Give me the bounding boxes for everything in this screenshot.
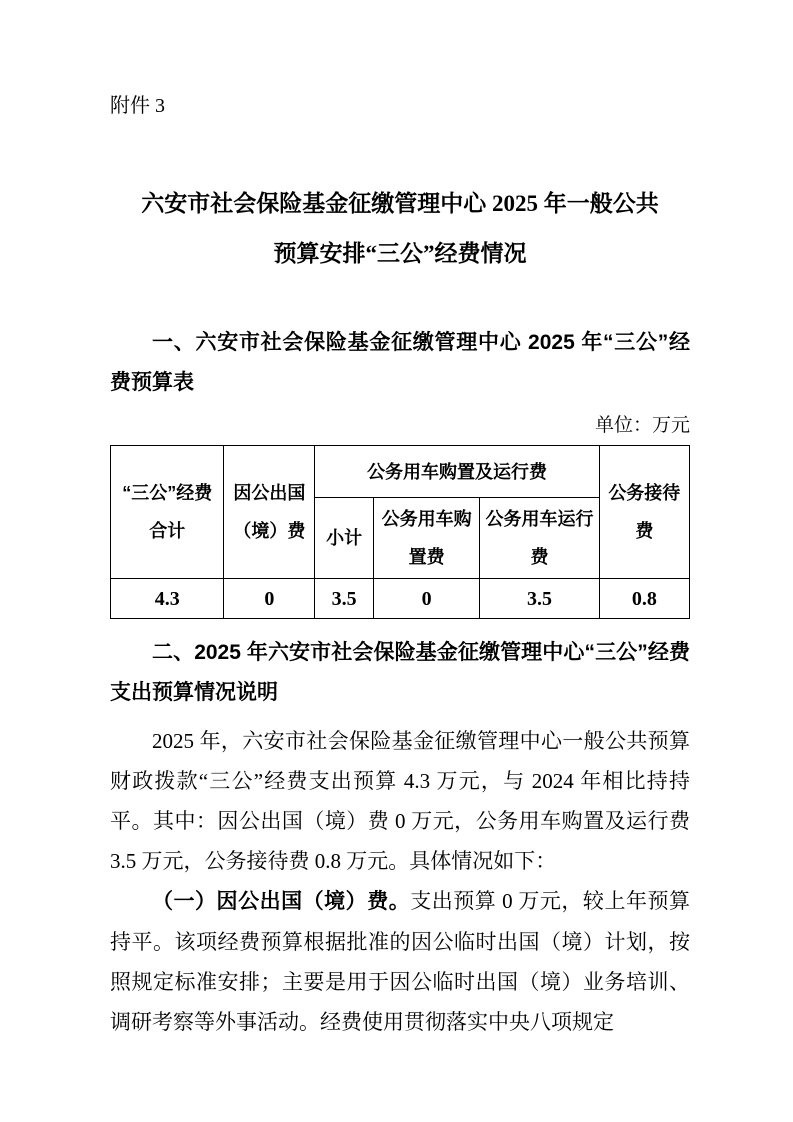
header-vehicle-subtotal: 小计 — [315, 498, 373, 579]
table-row: 4.3 0 3.5 0 3.5 0.8 — [111, 579, 690, 619]
title-line-2: 预算安排“三公”经费情况 — [110, 229, 690, 279]
value-total: 4.3 — [111, 579, 224, 619]
header-vehicle-operation: 公务用车运行费 — [480, 498, 599, 579]
value-vehicle-operation: 3.5 — [480, 579, 599, 619]
item-one-paragraph: （一）因公出国（境）费。支出预算 0 万元，较上年预算持平。该项经费预算根据批准… — [110, 881, 690, 1042]
header-three-public-total: “三公”经费合计 — [111, 446, 224, 579]
section-two-heading: 二、2025 年六安市社会保险基金征缴管理中心“三公”经费支出预算情况说明 — [110, 633, 690, 713]
document-page: 附件 3 六安市社会保险基金征缴管理中心 2025 年一般公共 预算安排“三公”… — [0, 0, 793, 1122]
attachment-label: 附件 3 — [110, 93, 690, 119]
budget-table: “三公”经费合计 因公出国（境）费 公务用车购置及运行费 公务接待费 小计 公务… — [110, 445, 690, 619]
header-vehicle-purchase: 公务用车购置费 — [373, 498, 480, 579]
header-abroad-fee: 因公出国（境）费 — [224, 446, 315, 579]
section-one-heading: 一、六安市社会保险基金征缴管理中心 2025 年“三公”经费预算表 — [110, 323, 690, 403]
header-reception-fee: 公务接待费 — [599, 446, 689, 579]
header-vehicle-group: 公务用车购置及运行费 — [315, 446, 599, 498]
item-one-lead: （一）因公出国（境）费。 — [152, 890, 410, 913]
value-reception: 0.8 — [599, 579, 689, 619]
unit-label: 单位：万元 — [110, 411, 690, 441]
overview-paragraph: 2025 年，六安市社会保险基金征缴管理中心一般公共预算财政拨款“三公”经费支出… — [110, 721, 690, 881]
value-vehicle-purchase: 0 — [373, 579, 480, 619]
title-line-1: 六安市社会保险基金征缴管理中心 2025 年一般公共 — [110, 179, 690, 229]
value-abroad: 0 — [224, 579, 315, 619]
document-title: 六安市社会保险基金征缴管理中心 2025 年一般公共 预算安排“三公”经费情况 — [110, 179, 690, 279]
value-vehicle-subtotal: 3.5 — [315, 579, 373, 619]
